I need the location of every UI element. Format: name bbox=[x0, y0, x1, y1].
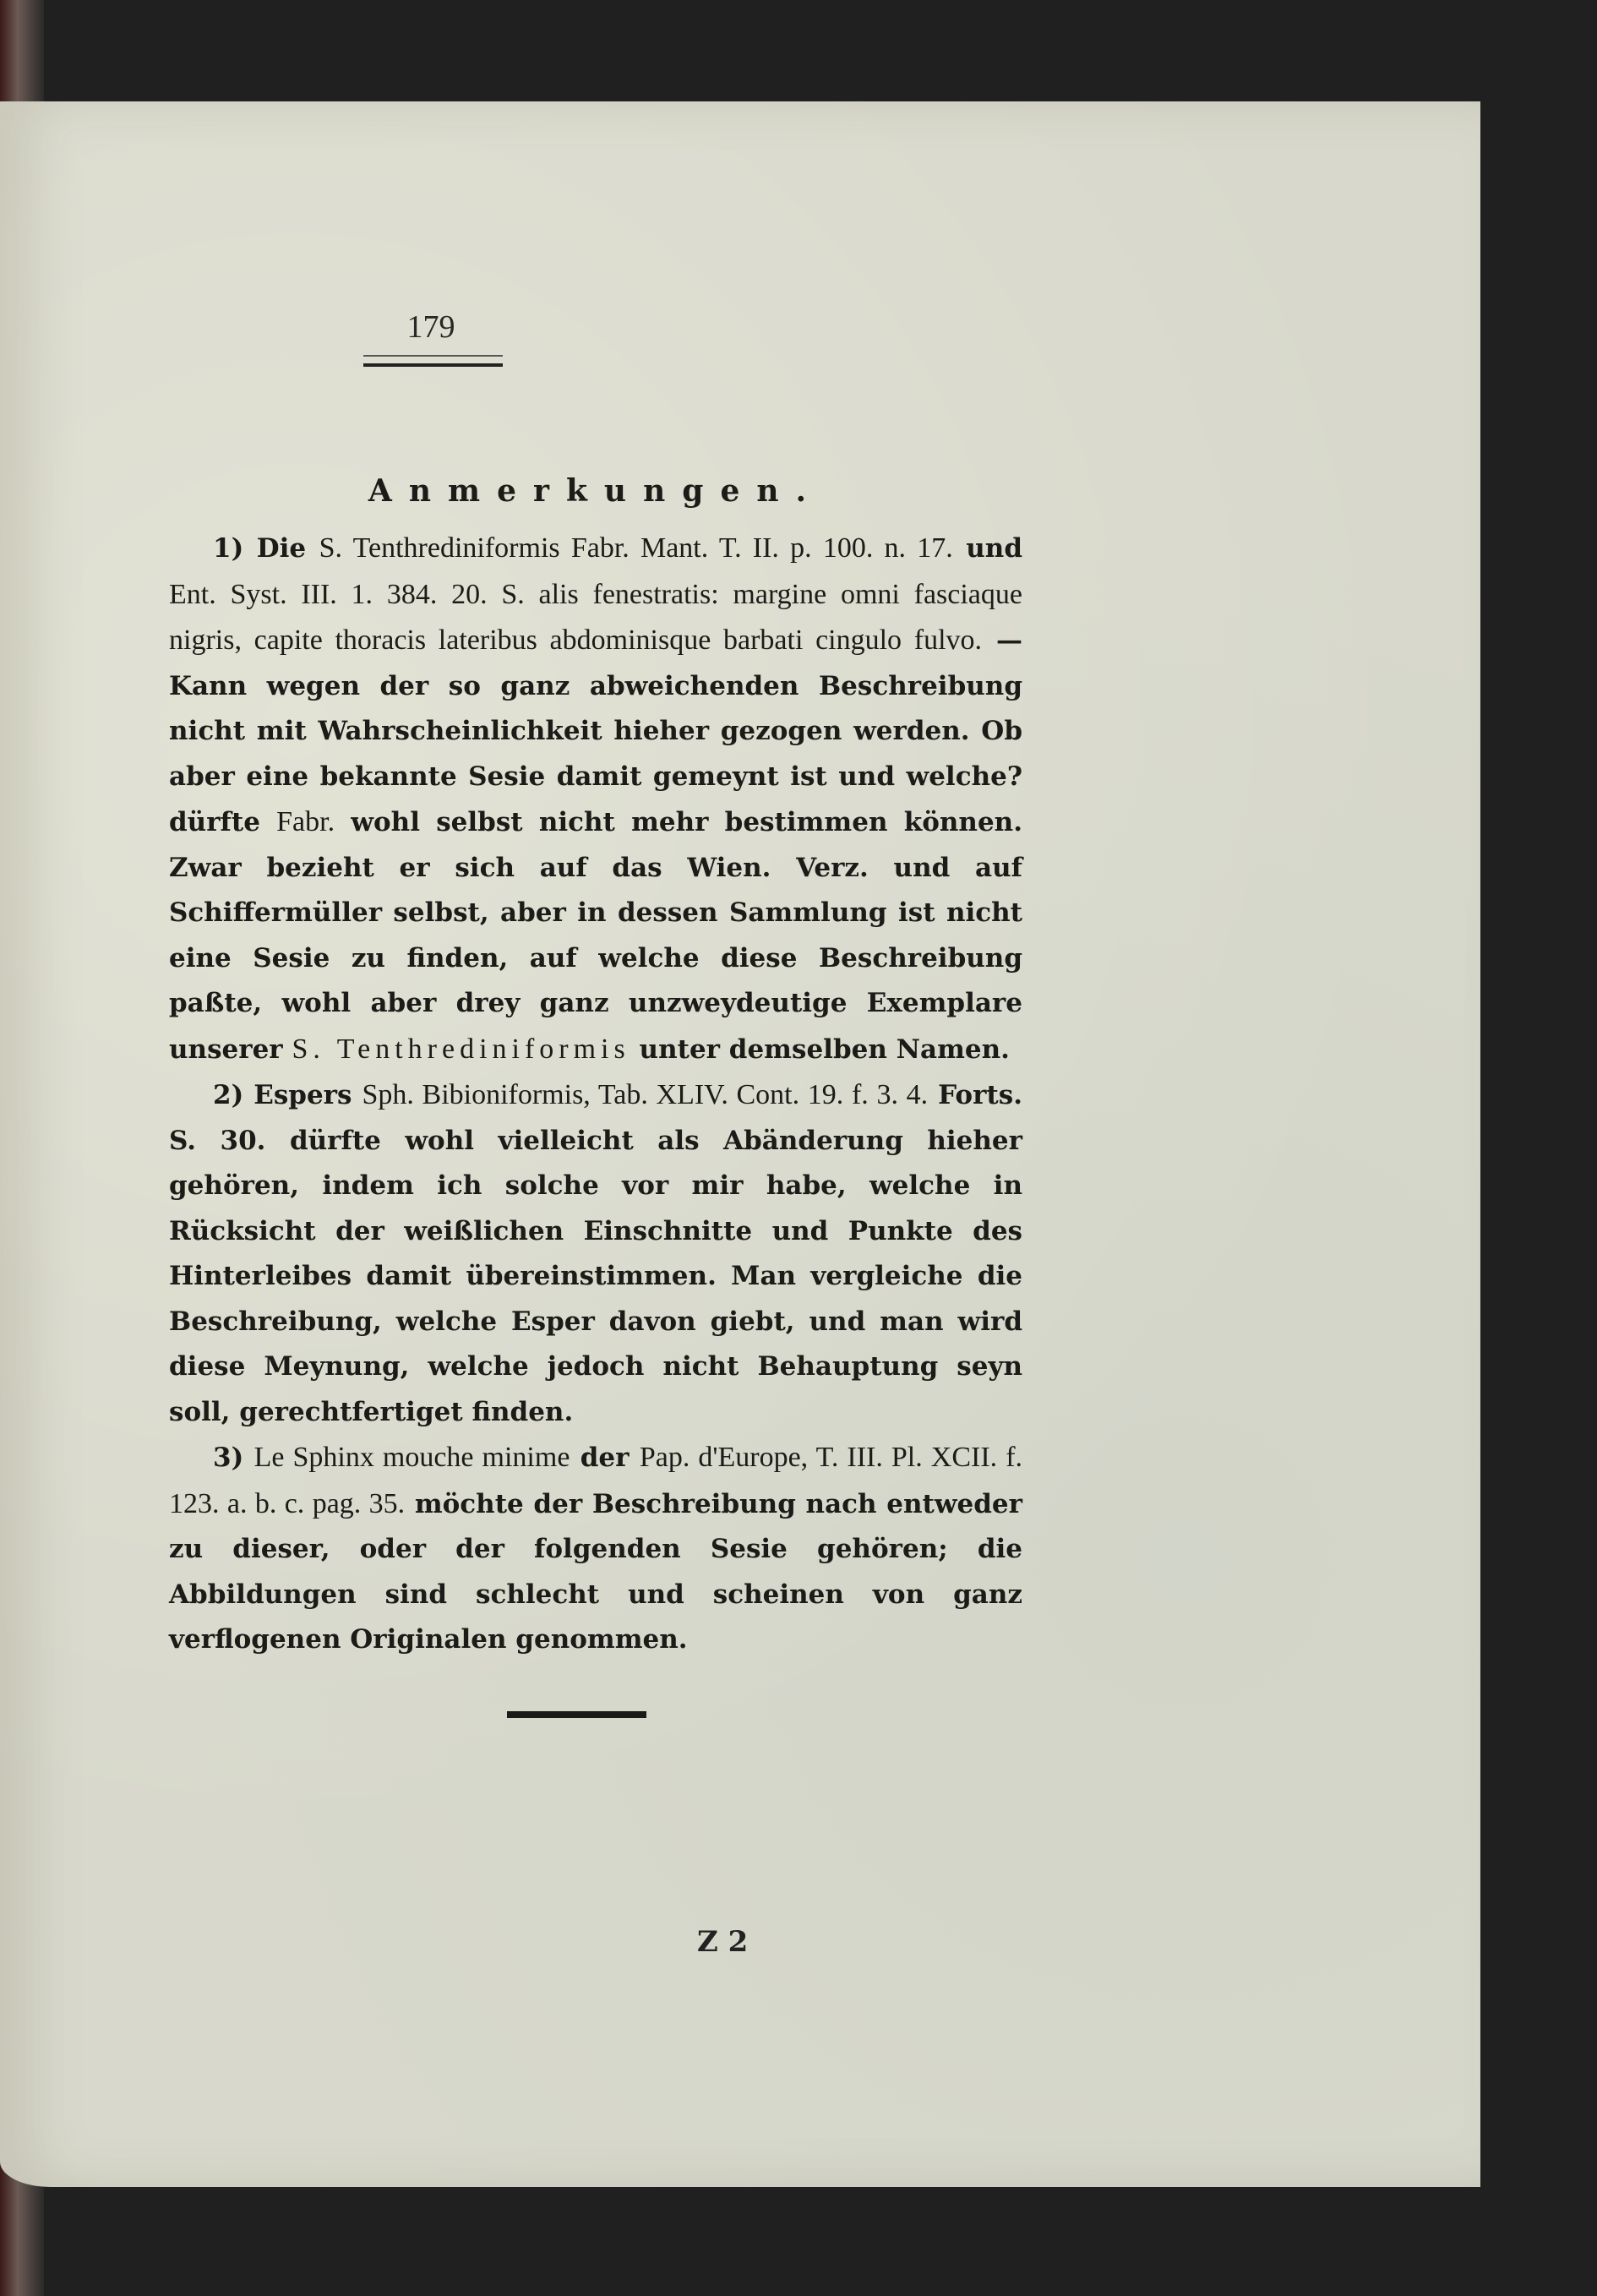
text-segment: S. Tenthrediniformis Fabr. Mant. T. II. … bbox=[319, 532, 953, 564]
page-number-rule bbox=[363, 355, 503, 367]
text-segment: Le Sphinx mouche minime bbox=[254, 1442, 570, 1473]
note-marker: 1) bbox=[213, 533, 257, 564]
text-segment: der bbox=[570, 1442, 639, 1473]
section-heading: Anmerkungen. bbox=[169, 473, 1022, 509]
end-rule bbox=[507, 1711, 646, 1718]
note-paragraph: 3) Le Sphinx mouche minime der Pap. d'Eu… bbox=[169, 1435, 1022, 1663]
text-segment: Die bbox=[257, 533, 319, 564]
page-number: 179 bbox=[372, 308, 490, 346]
notes-body: 1) Die S. Tenthrediniformis Fabr. Mant. … bbox=[169, 526, 1022, 1663]
note-paragraph: 2) Espers Sph. Bibioniformis, Tab. XLIV.… bbox=[169, 1072, 1022, 1435]
note-marker: 2) bbox=[213, 1080, 253, 1110]
note-marker: 3) bbox=[213, 1442, 254, 1473]
text-segment: wohl selbst nicht mehr bestimmen können.… bbox=[169, 807, 1022, 1065]
text-segment: unter demselben Namen. bbox=[630, 1034, 1010, 1065]
text-segment: Fabr. bbox=[276, 806, 335, 837]
text-segment: Sph. Bibioniformis, Tab. XLIV. Cont. 19.… bbox=[362, 1079, 928, 1110]
printer-signature: Z 2 bbox=[697, 1925, 748, 1959]
note-paragraph: 1) Die S. Tenthrediniformis Fabr. Mant. … bbox=[169, 526, 1022, 1072]
text-segment: Forts. S. 30. dürfte wohl vielleicht als… bbox=[169, 1080, 1022, 1427]
text-segment: und bbox=[953, 533, 1022, 564]
text-segment: Espers bbox=[253, 1080, 362, 1110]
text-segment: S. Tenthrediniformis bbox=[292, 1033, 630, 1065]
text-segment: Ent. Syst. III. 1. 384. 20. S. alis fene… bbox=[169, 579, 1022, 657]
book-page: 179 Anmerkungen. 1) Die S. Tenthredinifo… bbox=[0, 101, 1480, 2187]
